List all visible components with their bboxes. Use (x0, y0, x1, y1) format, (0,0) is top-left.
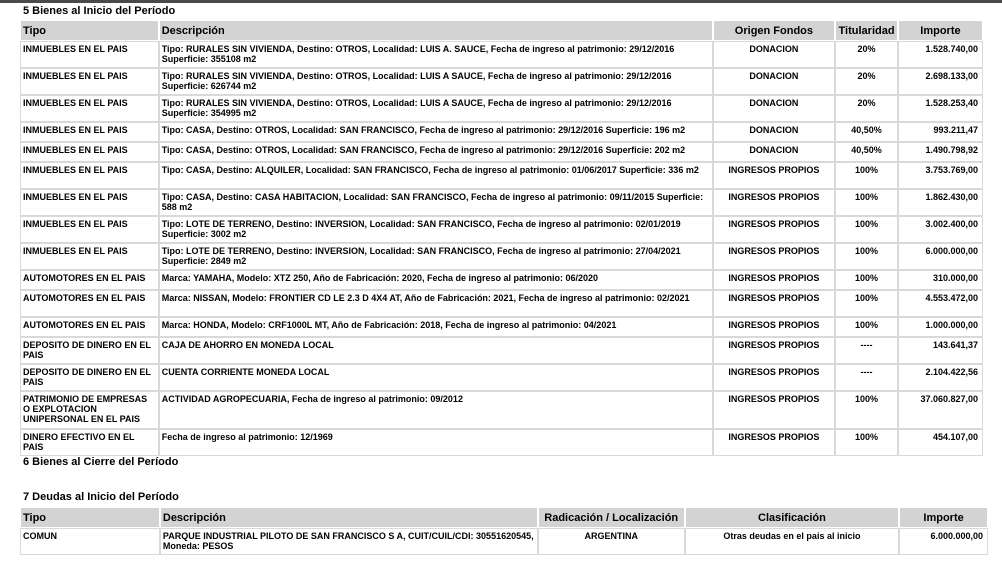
table-row: AUTOMOTORES EN EL PAISMarca: NISSAN, Mod… (21, 291, 982, 316)
cell-descripcion: Marca: HONDA, Modelo: CRF1000L MT, Año d… (160, 318, 712, 336)
cell-tipo: AUTOMOTORES EN EL PAIS (21, 271, 158, 289)
col-header-descripcion: Descripción (160, 21, 712, 40)
cell-descripcion: PARQUE INDUSTRIAL PILOTO DE SAN FRANCISC… (161, 529, 537, 554)
table-row: AUTOMOTORES EN EL PAISMarca: HONDA, Mode… (21, 318, 982, 336)
cell-tipo: AUTOMOTORES EN EL PAIS (21, 291, 158, 316)
cell-importe: 310.000,00 (899, 271, 982, 289)
cell-tipo: INMUEBLES EN EL PAIS (21, 69, 158, 94)
cell-origen: INGRESOS PROPIOS (714, 318, 835, 336)
cell-tipo: COMUN (21, 529, 159, 554)
cell-importe: 6.000.000,00 (900, 529, 987, 554)
cell-importe: 993.211,47 (899, 123, 982, 141)
cell-importe: 4.553.472,00 (899, 291, 982, 316)
table-row: COMUNPARQUE INDUSTRIAL PILOTO DE SAN FRA… (21, 529, 987, 554)
cell-origen: INGRESOS PROPIOS (714, 163, 835, 188)
cell-tipo: INMUEBLES EN EL PAIS (21, 163, 158, 188)
cell-descripcion: Fecha de ingreso al patrimonio: 12/1969 (160, 430, 712, 455)
table-row: INMUEBLES EN EL PAISTipo: RURALES SIN VI… (21, 69, 982, 94)
cell-origen: INGRESOS PROPIOS (714, 338, 835, 363)
table-row: INMUEBLES EN EL PAISTipo: LOTE DE TERREN… (21, 217, 982, 242)
cell-titularidad: 40,50% (836, 123, 897, 141)
table-row: INMUEBLES EN EL PAISTipo: CASA, Destino:… (21, 143, 982, 161)
cell-descripcion: Tipo: RURALES SIN VIVIENDA, Destino: OTR… (160, 69, 712, 94)
cell-descripcion: Tipo: LOTE DE TERRENO, Destino: INVERSIO… (160, 217, 712, 242)
cell-tipo: DEPOSITO DE DINERO EN EL PAIS (21, 338, 158, 363)
cell-descripcion: Tipo: RURALES SIN VIVIENDA, Destino: OTR… (160, 96, 712, 121)
cell-importe: 1.000.000,00 (899, 318, 982, 336)
cell-tipo: AUTOMOTORES EN EL PAIS (21, 318, 158, 336)
cell-descripcion: Tipo: RURALES SIN VIVIENDA, Destino: OTR… (160, 42, 712, 67)
cell-importe: 37.060.827,00 (899, 392, 982, 428)
cell-importe: 1.862.430,00 (899, 190, 982, 215)
col-header-titularidad: Titularidad (836, 21, 897, 40)
top-bar (0, 0, 1002, 3)
cell-tipo: INMUEBLES EN EL PAIS (21, 244, 158, 269)
cell-titularidad: ---- (836, 338, 897, 363)
cell-titularidad: 100% (836, 291, 897, 316)
cell-titularidad: 40,50% (836, 143, 897, 161)
cell-tipo: INMUEBLES EN EL PAIS (21, 123, 158, 141)
cell-importe: 1.528.740,00 (899, 42, 982, 67)
cell-descripcion: Marca: YAMAHA, Modelo: XTZ 250, Año de F… (160, 271, 712, 289)
cell-origen: INGRESOS PROPIOS (714, 365, 835, 390)
cell-importe: 454.107,00 (899, 430, 982, 455)
table-row: INMUEBLES EN EL PAISTipo: CASA, Destino:… (21, 123, 982, 141)
col-header-importe: Importe (899, 21, 982, 40)
col-header-origen: Origen Fondos (714, 21, 835, 40)
cell-descripcion: CAJA DE AHORRO EN MONEDA LOCAL (160, 338, 712, 363)
deudas-header-row: Tipo Descripción Radicación / Localizaci… (21, 508, 987, 527)
cell-descripcion: ACTIVIDAD AGROPECUARIA, Fecha de ingreso… (160, 392, 712, 428)
cell-origen: INGRESOS PROPIOS (714, 271, 835, 289)
cell-titularidad: 100% (836, 217, 897, 242)
cell-tipo: INMUEBLES EN EL PAIS (21, 96, 158, 121)
col-header-clasificacion: Clasificación (686, 508, 898, 527)
bienes-table: Tipo Descripción Origen Fondos Titularid… (19, 19, 984, 457)
cell-importe: 3.753.769,00 (899, 163, 982, 188)
cell-descripcion: Tipo: CASA, Destino: OTROS, Localidad: S… (160, 143, 712, 161)
cell-tipo: INMUEBLES EN EL PAIS (21, 42, 158, 67)
cell-descripcion: Tipo: CASA, Destino: ALQUILER, Localidad… (160, 163, 712, 188)
col-header-importe: Importe (900, 508, 987, 527)
cell-importe: 2.698.133,00 (899, 69, 982, 94)
table-row: INMUEBLES EN EL PAISTipo: RURALES SIN VI… (21, 96, 982, 121)
cell-importe: 6.000.000,00 (899, 244, 982, 269)
cell-titularidad: 100% (836, 271, 897, 289)
cell-titularidad: 100% (836, 392, 897, 428)
cell-clasificacion: Otras deudas en el pais al inicio (686, 529, 898, 554)
cell-descripcion: Tipo: LOTE DE TERRENO, Destino: INVERSIO… (160, 244, 712, 269)
col-header-tipo: Tipo (21, 21, 158, 40)
table-row: DINERO EFECTIVO EN EL PAISFecha de ingre… (21, 430, 982, 455)
cell-descripcion: Tipo: CASA, Destino: OTROS, Localidad: S… (160, 123, 712, 141)
table-row: DEPOSITO DE DINERO EN EL PAISCAJA DE AHO… (21, 338, 982, 363)
cell-origen: DONACION (714, 123, 835, 141)
cell-tipo: INMUEBLES EN EL PAIS (21, 143, 158, 161)
cell-origen: DONACION (714, 143, 835, 161)
table-row: INMUEBLES EN EL PAISTipo: CASA, Destino:… (21, 190, 982, 215)
cell-titularidad: 100% (836, 430, 897, 455)
deudas-table: Tipo Descripción Radicación / Localizaci… (19, 506, 989, 556)
cell-importe: 3.002.400,00 (899, 217, 982, 242)
section-title-deudas-inicio: 7 Deudas al Inicio del Período (23, 491, 179, 503)
cell-origen: INGRESOS PROPIOS (714, 244, 835, 269)
cell-importe: 1.528.253,40 (899, 96, 982, 121)
cell-origen: DONACION (714, 69, 835, 94)
bienes-header-row: Tipo Descripción Origen Fondos Titularid… (21, 21, 982, 40)
cell-tipo: INMUEBLES EN EL PAIS (21, 190, 158, 215)
table-row: INMUEBLES EN EL PAISTipo: CASA, Destino:… (21, 163, 982, 188)
table-row: INMUEBLES EN EL PAISTipo: LOTE DE TERREN… (21, 244, 982, 269)
cell-origen: INGRESOS PROPIOS (714, 190, 835, 215)
cell-titularidad: 20% (836, 69, 897, 94)
cell-descripcion: CUENTA CORRIENTE MONEDA LOCAL (160, 365, 712, 390)
cell-tipo: DEPOSITO DE DINERO EN EL PAIS (21, 365, 158, 390)
cell-tipo: PATRIMONIO DE EMPRESAS O EXPLOTACION UNI… (21, 392, 158, 428)
cell-titularidad: 100% (836, 163, 897, 188)
cell-titularidad: ---- (836, 365, 897, 390)
cell-origen: INGRESOS PROPIOS (714, 430, 835, 455)
table-row: INMUEBLES EN EL PAISTipo: RURALES SIN VI… (21, 42, 982, 67)
cell-titularidad: 20% (836, 42, 897, 67)
cell-descripcion: Marca: NISSAN, Modelo: FRONTIER CD LE 2.… (160, 291, 712, 316)
cell-tipo: DINERO EFECTIVO EN EL PAIS (21, 430, 158, 455)
section-title-bienes-cierre: 6 Bienes al Cierre del Período (23, 456, 178, 468)
table-row: PATRIMONIO DE EMPRESAS O EXPLOTACION UNI… (21, 392, 982, 428)
col-header-radicacion: Radicación / Localización (539, 508, 684, 527)
cell-origen: DONACION (714, 96, 835, 121)
cell-importe: 1.490.798,92 (899, 143, 982, 161)
cell-importe: 2.104.422,56 (899, 365, 982, 390)
cell-origen: INGRESOS PROPIOS (714, 217, 835, 242)
cell-titularidad: 100% (836, 244, 897, 269)
cell-titularidad: 20% (836, 96, 897, 121)
cell-origen: INGRESOS PROPIOS (714, 392, 835, 428)
cell-origen: INGRESOS PROPIOS (714, 291, 835, 316)
cell-descripcion: Tipo: CASA, Destino: CASA HABITACION, Lo… (160, 190, 712, 215)
table-row: AUTOMOTORES EN EL PAISMarca: YAMAHA, Mod… (21, 271, 982, 289)
section-title-bienes-inicio: 5 Bienes al Inicio del Período (23, 5, 175, 17)
cell-radicacion: ARGENTINA (539, 529, 684, 554)
cell-titularidad: 100% (836, 190, 897, 215)
col-header-descripcion: Descripción (161, 508, 537, 527)
cell-titularidad: 100% (836, 318, 897, 336)
col-header-tipo: Tipo (21, 508, 159, 527)
table-row: DEPOSITO DE DINERO EN EL PAISCUENTA CORR… (21, 365, 982, 390)
cell-origen: DONACION (714, 42, 835, 67)
cell-tipo: INMUEBLES EN EL PAIS (21, 217, 158, 242)
cell-importe: 143.641,37 (899, 338, 982, 363)
